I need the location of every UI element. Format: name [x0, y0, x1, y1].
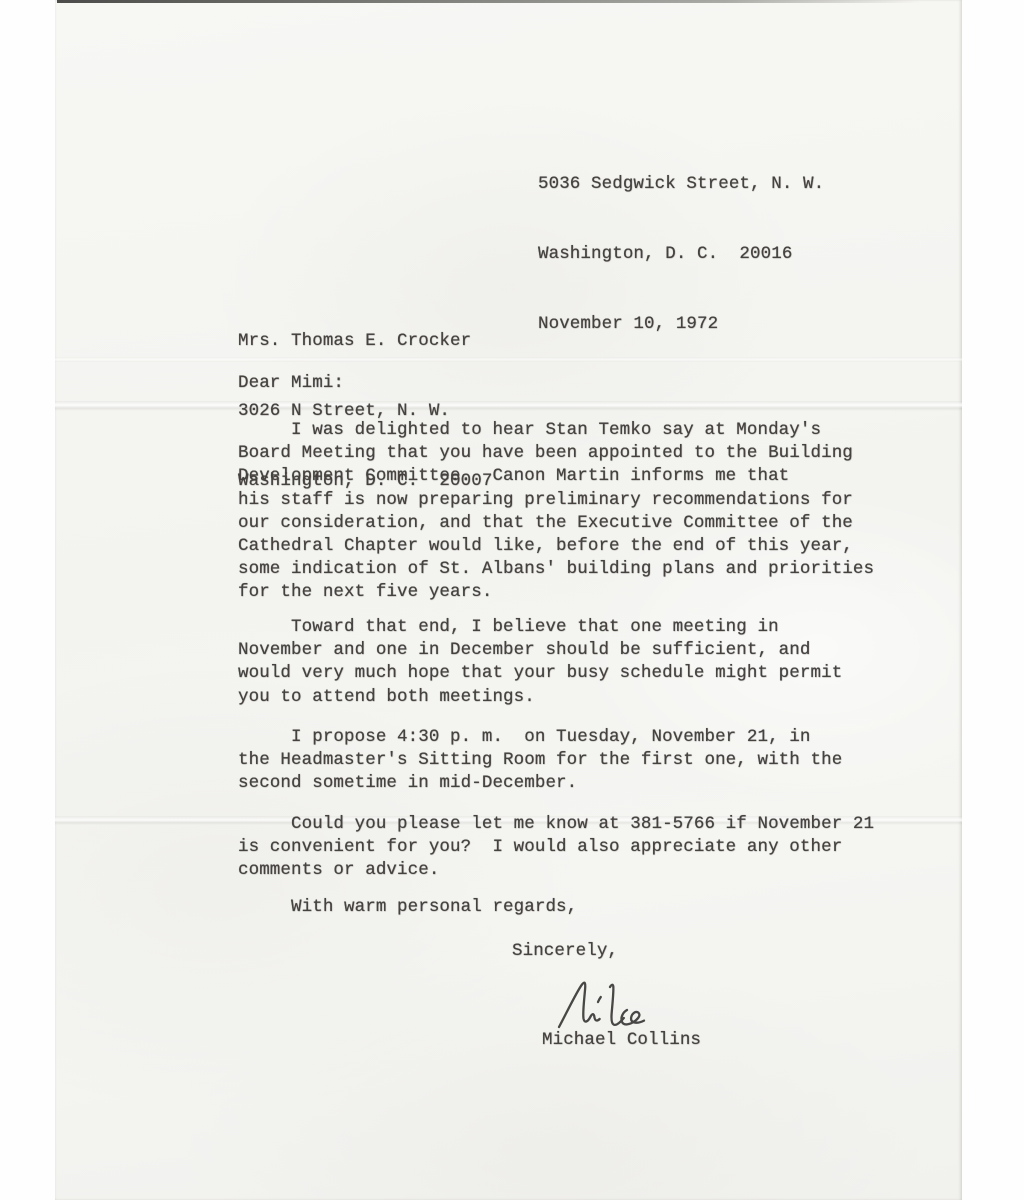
fold-crease [55, 357, 962, 362]
signature-stroke [621, 1010, 644, 1024]
fold-crease [55, 401, 962, 411]
letter-date: November 10, 1972 [538, 313, 824, 336]
signoff: Sincerely, [512, 940, 618, 963]
body-paragraph: I propose 4:30 p. m. on Tuesday, Novembe… [238, 726, 842, 796]
handwritten-signature-mike [556, 976, 656, 1034]
return-address-line: 5036 Sedgwick Street, N. W. [538, 173, 824, 196]
scan-edge-artifact [57, 0, 947, 3]
return-address: 5036 Sedgwick Street, N. W. Washington, … [538, 127, 824, 382]
return-address-line: Washington, D. C. 20016 [538, 243, 824, 266]
signature-stroke [559, 983, 600, 1027]
salutation: Dear Mimi: [238, 372, 344, 395]
body-paragraph: I was delighted to hear Stan Temko say a… [238, 419, 874, 605]
body-paragraph: Toward that end, I believe that one meet… [238, 616, 842, 709]
closing-line: With warm personal regards, [238, 896, 577, 919]
signature-stroke [598, 997, 601, 1002]
typed-signature-name: Michael Collins [542, 1029, 701, 1052]
body-paragraph: Could you please let me know at 381-5766… [238, 813, 874, 883]
scanned-letter: 5036 Sedgwick Street, N. W. Washington, … [0, 0, 1024, 1200]
recipient-name: Mrs. Thomas E. Crocker [238, 330, 492, 353]
